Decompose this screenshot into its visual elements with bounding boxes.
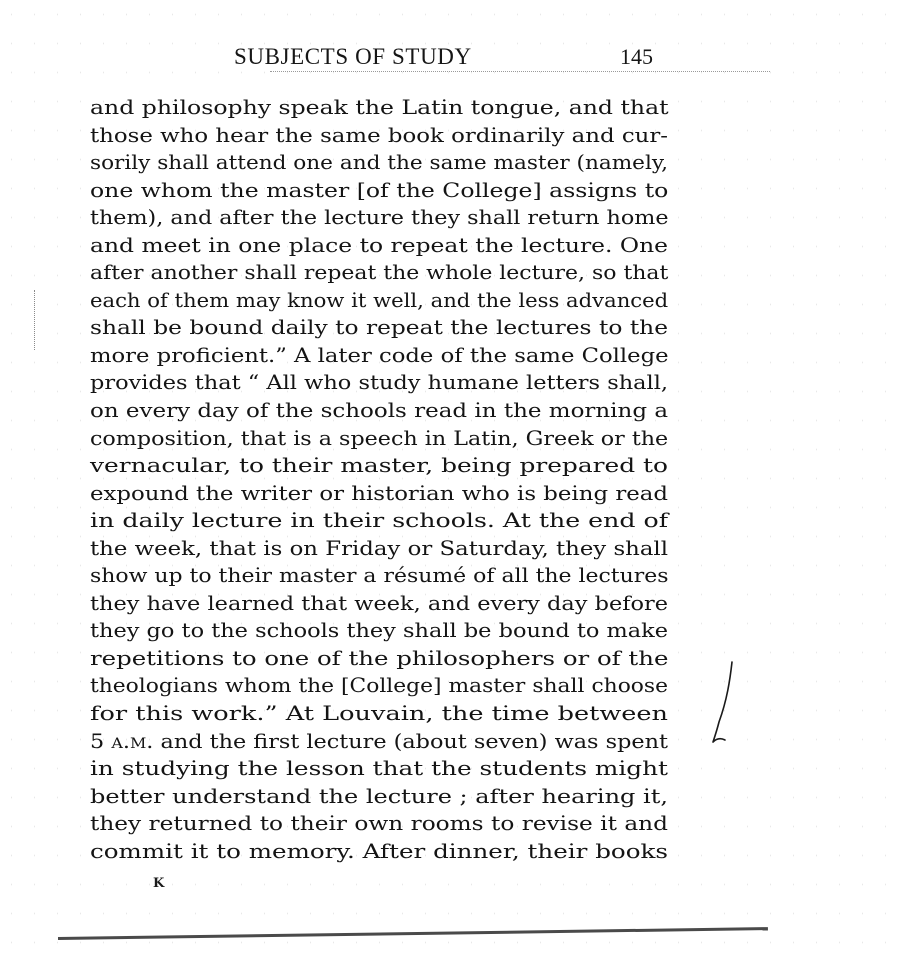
text-line: they have learned that week, and every d… <box>90 590 668 618</box>
text-line: better understand the lecture ; after he… <box>90 783 668 811</box>
handwritten-margin-mark-icon <box>705 660 745 750</box>
text-line: for this work.” At Louvain, the time bet… <box>90 700 668 728</box>
text-line: on every day of the schools read in the … <box>90 397 668 425</box>
page-edge-rule <box>58 927 768 940</box>
text-line: in studying the lesson that the students… <box>90 755 668 783</box>
text-line: provides that “ All who study humane let… <box>90 369 668 397</box>
text-line: one whom the master [of the College] ass… <box>90 177 668 205</box>
header-dotted-rule <box>270 71 770 73</box>
text-line: each of them may know it well, and the l… <box>90 287 668 315</box>
running-head: SUBJECTS OF STUDY 145 <box>234 44 664 74</box>
text-line: repetitions to one of the philosophers o… <box>90 645 668 673</box>
text-line: theologians whom the [College] master sh… <box>90 672 668 700</box>
running-title: SUBJECTS OF STUDY <box>234 44 472 70</box>
text-line: and philosophy speak the Latin tongue, a… <box>90 94 668 122</box>
left-margin-mark <box>34 290 45 350</box>
signature-mark: K <box>153 876 164 891</box>
text-line: after another shall repeat the whole lec… <box>90 259 668 287</box>
time-abbreviation: a.m. <box>111 730 153 753</box>
text-line: and meet in one place to repeat the lect… <box>90 232 668 260</box>
text-line: in daily lecture in their schools. At th… <box>90 507 668 535</box>
text-line: 5 a.m. and the first lecture (about seve… <box>90 728 668 756</box>
text-line: shall be bound daily to repeat the lectu… <box>90 314 668 342</box>
text-line: those who hear the same book ordinarily … <box>90 122 668 150</box>
text-line: them), and after the lecture they shall … <box>90 204 668 232</box>
text-line: they returned to their own rooms to revi… <box>90 810 668 838</box>
text-line: more proficient.” A later code of the sa… <box>90 342 668 370</box>
body-text: and philosophy speak the Latin tongue, a… <box>90 94 670 865</box>
text-line: the week, that is on Friday or Saturday,… <box>90 535 668 563</box>
scanned-book-page: SUBJECTS OF STUDY 145 and philosophy spe… <box>0 0 900 956</box>
text-line: commit it to memory. After dinner, their… <box>90 838 668 866</box>
text-line: expound the writer or historian who is b… <box>90 480 668 508</box>
text-line: show up to their master a résumé of all … <box>90 562 668 590</box>
page-number: 145 <box>620 44 653 70</box>
text-line: vernacular, to their master, being prepa… <box>90 452 668 480</box>
text-line: sorily shall attend one and the same mas… <box>90 149 668 177</box>
text-line: they go to the schools they shall be bou… <box>90 617 668 645</box>
text-line: composition, that is a speech in Latin, … <box>90 425 668 453</box>
